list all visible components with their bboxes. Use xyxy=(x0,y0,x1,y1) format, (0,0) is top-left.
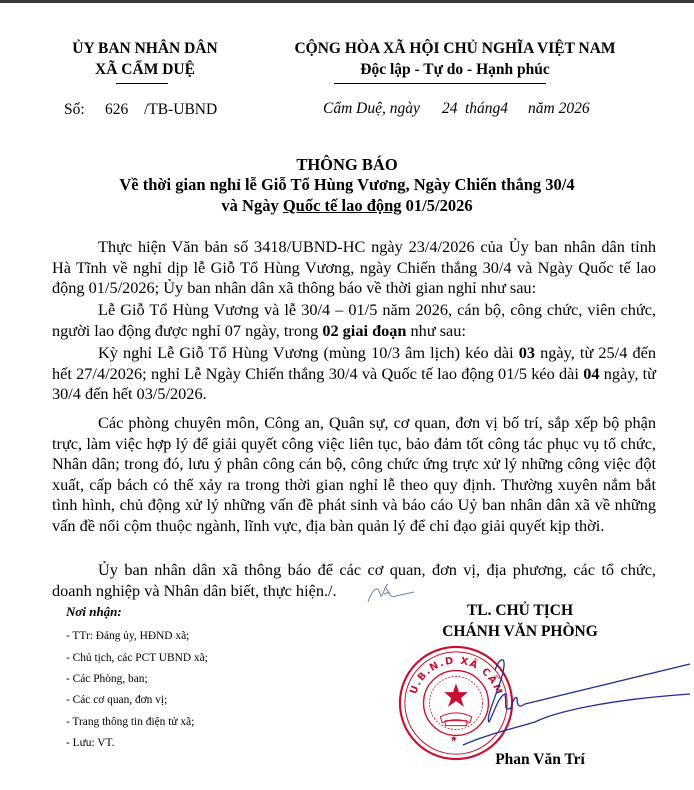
p3-a: Kỳ nghỉ Lễ Giỗ Tổ Hùng Vương (mùng 10/3 … xyxy=(98,343,519,362)
p3-days-2: 04 xyxy=(583,364,599,383)
recipient-item: - Các Phòng, ban; xyxy=(66,673,148,685)
doc-number-suffix: /TB-UBND xyxy=(144,101,217,119)
p2-bold: 02 giai đoạn xyxy=(322,321,406,340)
paragraph-basis: Thực hiện Văn bản số 3418/UBND-HC ngày 2… xyxy=(52,237,656,299)
paragraph-basis-text: Thực hiện Văn bản số 3418/UBND-HC ngày 2… xyxy=(52,237,656,297)
agency-name: ỦY BAN NHÂN DÂN xyxy=(40,40,250,58)
date-month: tháng4 xyxy=(465,100,508,118)
paragraph-holiday-periods: Kỳ nghỉ Lễ Giỗ Tổ Hùng Vương (mùng 10/3 … xyxy=(52,343,656,405)
p4-text: Các phòng chuyên môn, Công an, Quân sự, … xyxy=(52,413,656,535)
window-top-bar xyxy=(0,0,694,3)
handwritten-signature-icon xyxy=(455,650,694,750)
date-year: năm 2026 xyxy=(528,100,590,118)
recipient-item: - Trang thông tin điện tử xã; xyxy=(66,716,194,728)
subject-line2-post: 01/5/2026 xyxy=(402,196,473,215)
date-day: 24 xyxy=(442,100,458,118)
recipient-item: - Chủ tịch, các PCT UBND xã; xyxy=(66,652,208,664)
doc-number-label: Số: xyxy=(64,101,85,119)
p3-days-1: 03 xyxy=(519,343,535,362)
doc-subject-line2: và Ngày Quốc tế lao động 01/5/2026 xyxy=(0,196,694,216)
p5-text: Ủy ban nhân dân xã thông báo để các cơ q… xyxy=(52,560,656,600)
signer-name: Phan Văn Trí xyxy=(465,751,615,769)
place-date-prefix: Cẩm Duệ, ngày xyxy=(323,100,420,118)
recipients-label: Nơi nhận: xyxy=(66,604,122,620)
recipient-item: - Lưu: VT. xyxy=(66,737,114,749)
doc-title: THÔNG BÁO xyxy=(0,155,694,175)
p2-post: như sau: xyxy=(406,321,465,340)
paragraph-holiday-summary: Lễ Giỗ Tổ Hùng Vương và lễ 30/4 – 01/5 n… xyxy=(52,300,656,341)
recipient-item: - Các cơ quan, đơn vị; xyxy=(66,694,167,706)
subject-line2-pre: và Ngày xyxy=(221,196,282,215)
commune-name: XÃ CẨM DUỆ xyxy=(40,61,250,79)
nation-title: CỘNG HÒA XÃ HỘI CHỦ NGHĨA VIỆT NAM xyxy=(250,40,660,58)
initial-mark-icon xyxy=(366,580,416,610)
motto-underline xyxy=(334,83,546,84)
subject-line2-underlined: Quốc tế lao động xyxy=(283,196,402,215)
sign-authority: TL. CHỦ TỊCH xyxy=(420,602,620,620)
nation-motto: Độc lập - Tự do - Hạnh phúc xyxy=(250,61,660,79)
doc-subject-line1: Về thời gian nghỉ lễ Giỗ Tổ Hùng Vương, … xyxy=(0,175,694,195)
paragraph-closing: Ủy ban nhân dân xã thông báo để các cơ q… xyxy=(52,560,656,601)
agency-underline xyxy=(116,83,168,84)
paragraph-duty-arrangement: Các phòng chuyên môn, Công an, Quân sự, … xyxy=(52,413,656,537)
sign-title: CHÁNH VĂN PHÒNG xyxy=(420,623,620,641)
doc-number: 626 xyxy=(105,101,128,119)
recipient-item: - TTr: Đảng ủy, HĐND xã; xyxy=(66,630,189,642)
